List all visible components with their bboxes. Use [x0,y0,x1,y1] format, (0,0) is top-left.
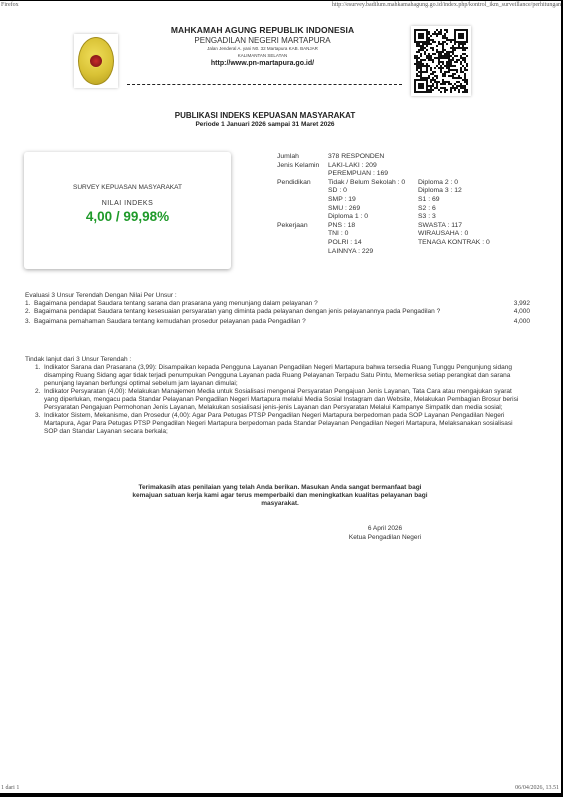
stat-job: TNI : 0 [328,230,348,239]
stat-edu: Tidak / Belum Sekolah : 0 [328,179,405,188]
stat-gender-female: PEREMPUAN : 169 [328,170,388,179]
stat-jumlah: 378 RESPONDEN [328,153,384,162]
signature-block: 6 April 2026 Ketua Pengadilan Negeri [330,524,440,542]
print-footer-page: 1 dari 1 [1,785,19,791]
report-period: Periode 1 Januari 2026 sampai 31 Maret 2… [0,121,530,128]
evaluation-heading: Evaluasi 3 Unsur Terendah Dengan Nilai P… [25,292,530,300]
qr-code-icon [411,26,471,96]
stat-label-job: Pekerjaan [277,222,308,231]
stat-edu: Diploma 3 : 12 [418,187,462,196]
stat-edu: Diploma 1 : 0 [328,213,368,222]
follow-up-item: 1. Indikator Sarana dan Prasarana (3,99)… [25,364,530,388]
letterhead: MAHKAMAH AGUNG REPUBLIK INDONESIA PENGAD… [130,25,395,67]
stat-edu: SMU : 269 [328,205,360,214]
print-header-app: Firefox [1,2,19,8]
index-card-label: SURVEY KEPUASAN MASYARAKAT [24,184,231,191]
letterhead-website: http://www.pn-martapura.go.id/ [130,60,395,67]
stat-job: SWASTA : 117 [418,222,462,231]
index-value: 4,00 / 99,98% [24,209,231,224]
letterhead-divider [127,84,402,85]
stat-job: WIRAUSAHA : 0 [418,230,468,239]
stat-edu: SD : 0 [328,187,347,196]
evaluation-question: Bagaimana pendapat Saudara tentang saran… [34,300,318,307]
evaluation-question: Bagaimana pemahaman Saudara tentang kemu… [34,318,306,325]
bottom-border [0,793,563,797]
stat-edu: S2 : 6 [418,205,436,214]
print-footer-datetime: 06/04/2026, 13.51 [515,785,559,791]
letterhead-court: PENGADILAN NEGERI MARTAPURA [130,36,395,45]
evaluation-item: 2. Bagaimana pendapat Saudara tentang ke… [25,308,530,316]
report-title: PUBLIKASI INDEKS KEPUASAN MASYARAKAT Per… [0,111,530,128]
stat-label-jumlah: Jumlah [277,153,299,162]
stat-job: LAINNYA : 229 [328,248,373,257]
stat-edu: S1 : 69 [418,196,440,205]
follow-up-heading: Tindak lanjut dari 3 Unsur Terendah : [25,356,530,364]
stat-edu: SMP : 19 [328,196,356,205]
evaluation-score: 3,992 [514,300,530,308]
letterhead-institution: MAHKAMAH AGUNG REPUBLIK INDONESIA [130,25,395,35]
signature-title: Ketua Pengadilan Negeri [330,533,440,542]
signature-date: 6 April 2026 [330,524,440,533]
stat-job: PNS : 18 [328,222,355,231]
evaluation-question: Bagaimana pendapat Saudara tentang keses… [34,308,440,315]
stat-edu: Diploma 2 : 0 [418,179,458,188]
top-border [0,0,563,1]
index-card-sublabel: NILAI INDEKS [24,200,231,207]
evaluation-item: 1. Bagaimana pendapat Saudara tentang sa… [25,300,530,308]
stat-label-education: Pendidikan [277,179,311,188]
evaluation-score: 4,000 [514,308,530,316]
stat-label-gender: Jenis Kelamin [277,162,319,171]
stat-job: POLRI : 14 [328,239,362,248]
letterhead-address: Jalan Jenderal A. yani N0. 32 Martapura … [130,46,395,52]
follow-up-section: Tindak lanjut dari 3 Unsur Terendah : 1.… [25,356,530,436]
stat-job: TENAGA KONTRAK : 0 [418,239,490,248]
evaluation-section: Evaluasi 3 Unsur Terendah Dengan Nilai P… [25,292,530,326]
follow-up-item: 2. Indikator Persyaratan (4,00): Melakuk… [25,388,530,412]
court-seal-icon [74,34,118,88]
print-header-url: http://esurvey.badilum.mahkamahagung.go.… [332,2,561,8]
stat-gender-male: LAKI-LAKI : 209 [328,162,377,171]
evaluation-score: 4,000 [514,318,530,326]
report-title-main: PUBLIKASI INDEKS KEPUASAN MASYARAKAT [0,111,530,120]
evaluation-item: 3. Bagaimana pemahaman Saudara tentang k… [25,318,530,326]
stat-edu: S3 : 3 [418,213,436,222]
letterhead-province: KALIMANTAN SELATAN [130,53,395,59]
closing-message: Terimakasih atas penilaian yang telah An… [130,484,430,508]
follow-up-item: 3. Indikator Sistem, Mekanisme, dan Pros… [25,412,530,436]
index-card: SURVEY KEPUASAN MASYARAKAT NILAI INDEKS … [24,152,231,269]
